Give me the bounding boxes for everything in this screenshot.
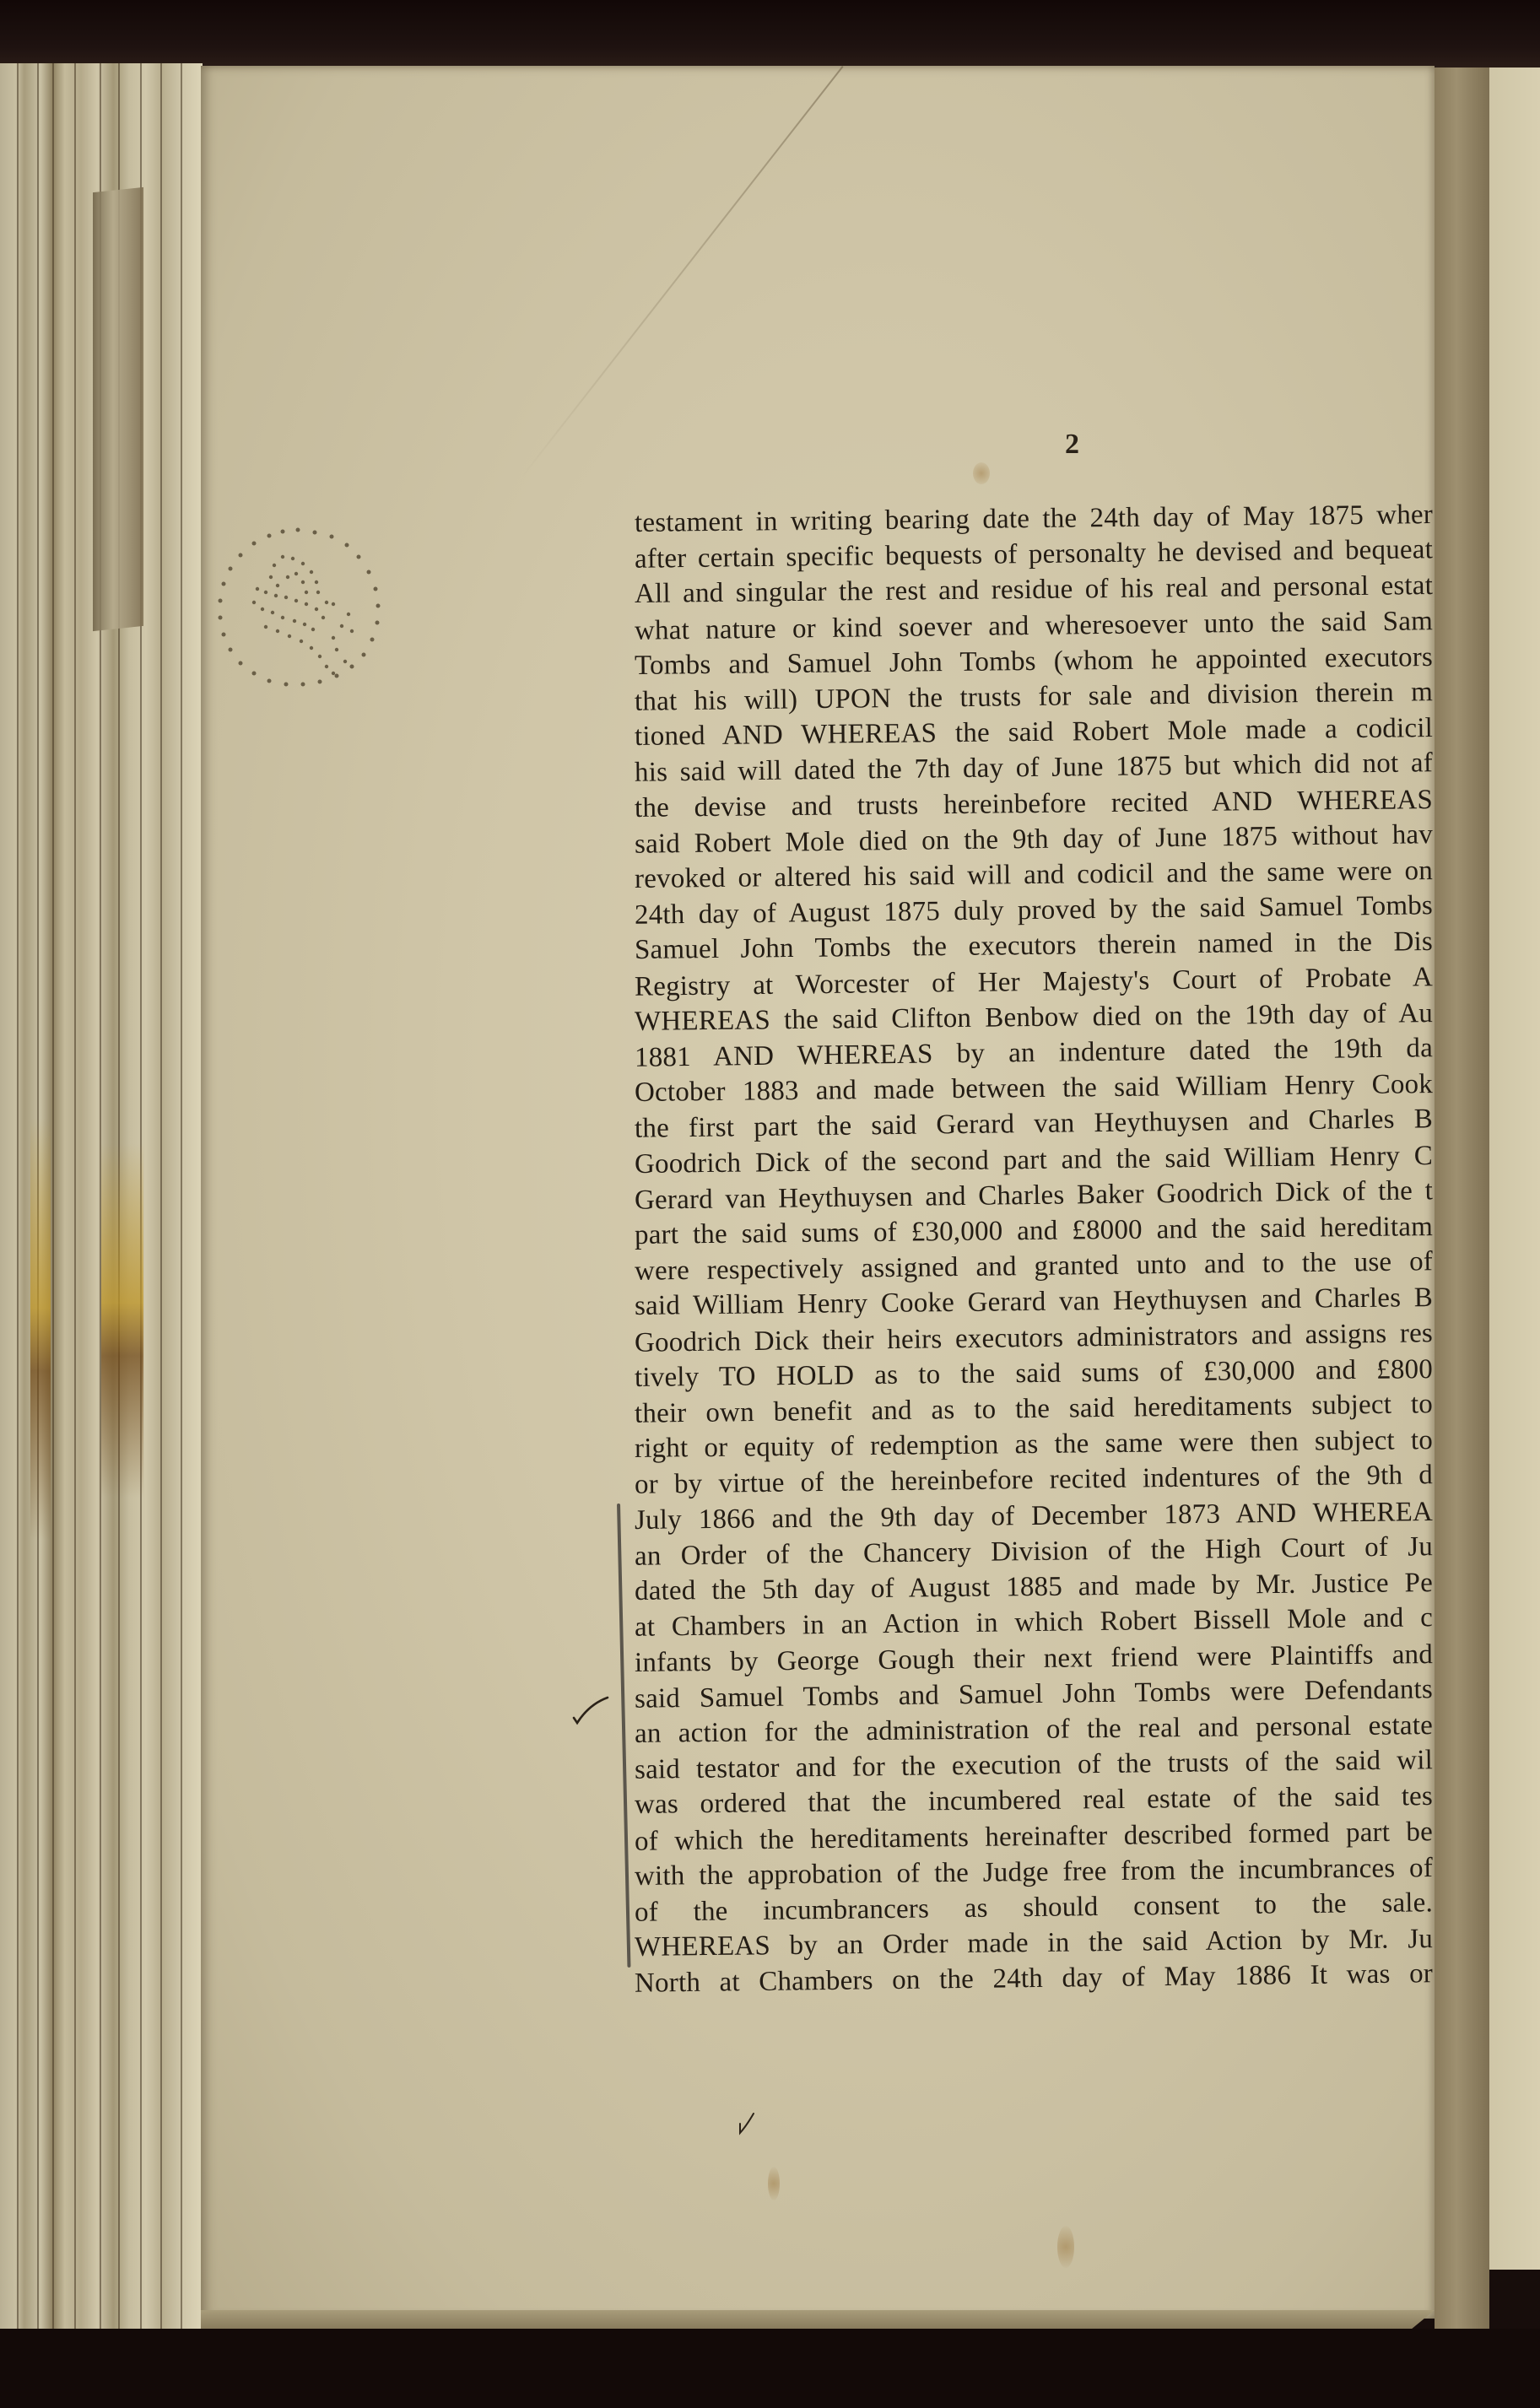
facing-page-edge — [1489, 67, 1540, 2270]
dark-cloth-background-top — [0, 0, 1540, 67]
page-number: 2 — [1065, 429, 1079, 461]
check-mark-icon — [570, 1693, 613, 1726]
book-gutter — [1435, 67, 1489, 2346]
check-mark-small-icon — [737, 2110, 757, 2135]
page-fold-crease — [520, 66, 843, 479]
perforated-seal-icon — [207, 505, 389, 697]
dark-cloth-background-bottom — [0, 2329, 1540, 2408]
torn-page-strip — [93, 187, 143, 631]
page-stack-edges — [0, 63, 203, 2350]
book-scan-scene: 2 testament in writing bearing date the … — [0, 0, 1540, 2408]
document-body-text: testament in writing bearing date the 24… — [635, 501, 1436, 1997]
